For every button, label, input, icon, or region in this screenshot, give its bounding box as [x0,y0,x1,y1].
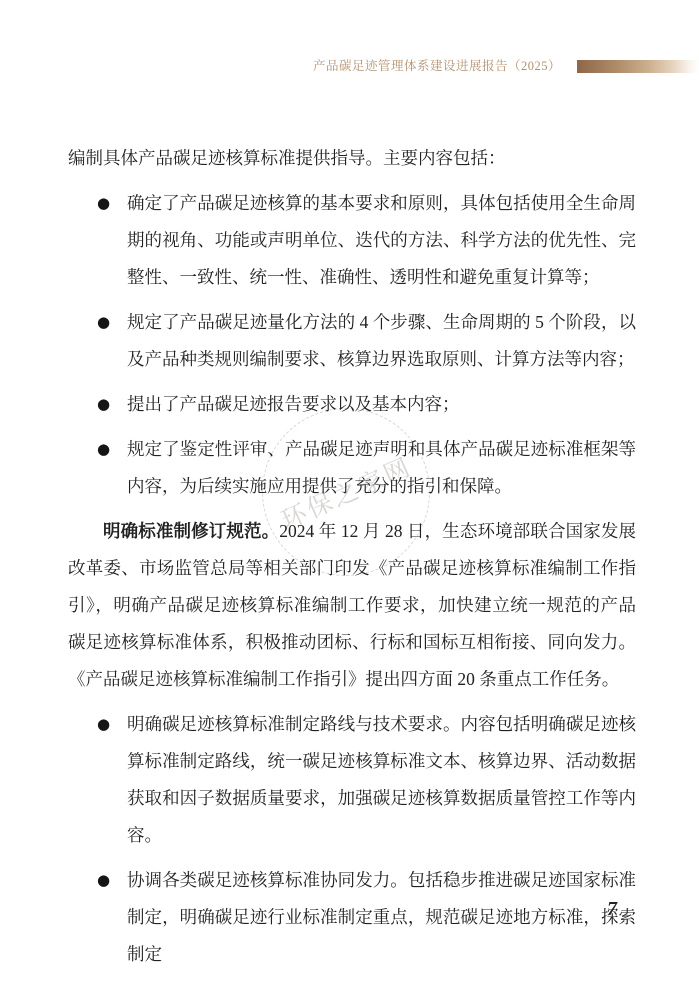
bullet-marker-icon: ● [97,185,110,222]
bullet-item: ● 规定了鉴定性评审、产品碳足迹声明和具体产品碳足迹标准框架等内容，为后续实施应… [68,431,636,505]
paragraph-body: 2024 年 12 月 28 日，生态环境部联合国家发展改革委、市场监管总局等相… [68,521,636,689]
bullet-marker-icon: ● [97,862,110,899]
bullet-item: ● 明确碳足迹核算标准制定路线与技术要求。内容包括明确碳足迹核算标准制定路线，统… [68,706,636,854]
bullet-text: 明确碳足迹核算标准制定路线与技术要求。内容包括明确碳足迹核算标准制定路线，统一碳… [127,714,636,845]
bullet-text: 协调各类碳足迹核算标准协同发力。包括稳步推进碳足迹国家标准制定，明确碳足迹行业标… [127,870,636,964]
intro-paragraph: 编制具体产品碳足迹核算标准提供指导。主要内容包括： [68,140,636,177]
paragraph-lead-bold: 明确标准制修订规范。 [103,521,279,541]
bullet-item: ● 协调各类碳足迹核算标准协同发力。包括稳步推进碳足迹国家标准制定，明确碳足迹行… [68,862,636,973]
bullet-item: ● 规定了产品碳足迹量化方法的 4 个步骤、生命周期的 5 个阶段，以及产品种类… [68,304,636,378]
page-header: 产品碳足迹管理体系建设进展报告（2025） [0,56,699,76]
bullet-item: ● 提出了产品碳足迹报告要求以及基本内容； [68,386,636,423]
bullet-marker-icon: ● [97,431,110,468]
bullet-text: 规定了产品碳足迹量化方法的 4 个步骤、生命周期的 5 个阶段，以及产品种类规则… [127,312,636,369]
main-paragraph: 明确标准制修订规范。2024 年 12 月 28 日，生态环境部联合国家发展改革… [68,513,636,698]
report-title: 产品碳足迹管理体系建设进展报告（2025） [313,56,561,76]
content-area: 编制具体产品碳足迹核算标准提供指导。主要内容包括： ● 确定了产品碳足迹核算的基… [68,140,636,981]
bullet-marker-icon: ● [97,706,110,743]
bullet-text: 提出了产品碳足迹报告要求以及基本内容； [127,394,460,414]
bullet-list-top: ● 确定了产品碳足迹核算的基本要求和原则，具体包括使用全生命周期的视角、功能或声… [68,185,636,505]
header-accent-bar [577,60,699,73]
bullet-marker-icon: ● [97,386,110,423]
bullet-marker-icon: ● [97,304,110,341]
bullet-text: 规定了鉴定性评审、产品碳足迹声明和具体产品碳足迹标准框架等内容，为后续实施应用提… [127,439,636,496]
document-page: { "header": { "title": "产品碳足迹管理体系建设进展报告（… [0,0,699,983]
bullet-text: 确定了产品碳足迹核算的基本要求和原则，具体包括使用全生命周期的视角、功能或声明单… [127,193,636,287]
bullet-list-bottom: ● 明确碳足迹核算标准制定路线与技术要求。内容包括明确碳足迹核算标准制定路线，统… [68,706,636,973]
bullet-item: ● 确定了产品碳足迹核算的基本要求和原则，具体包括使用全生命周期的视角、功能或声… [68,185,636,296]
